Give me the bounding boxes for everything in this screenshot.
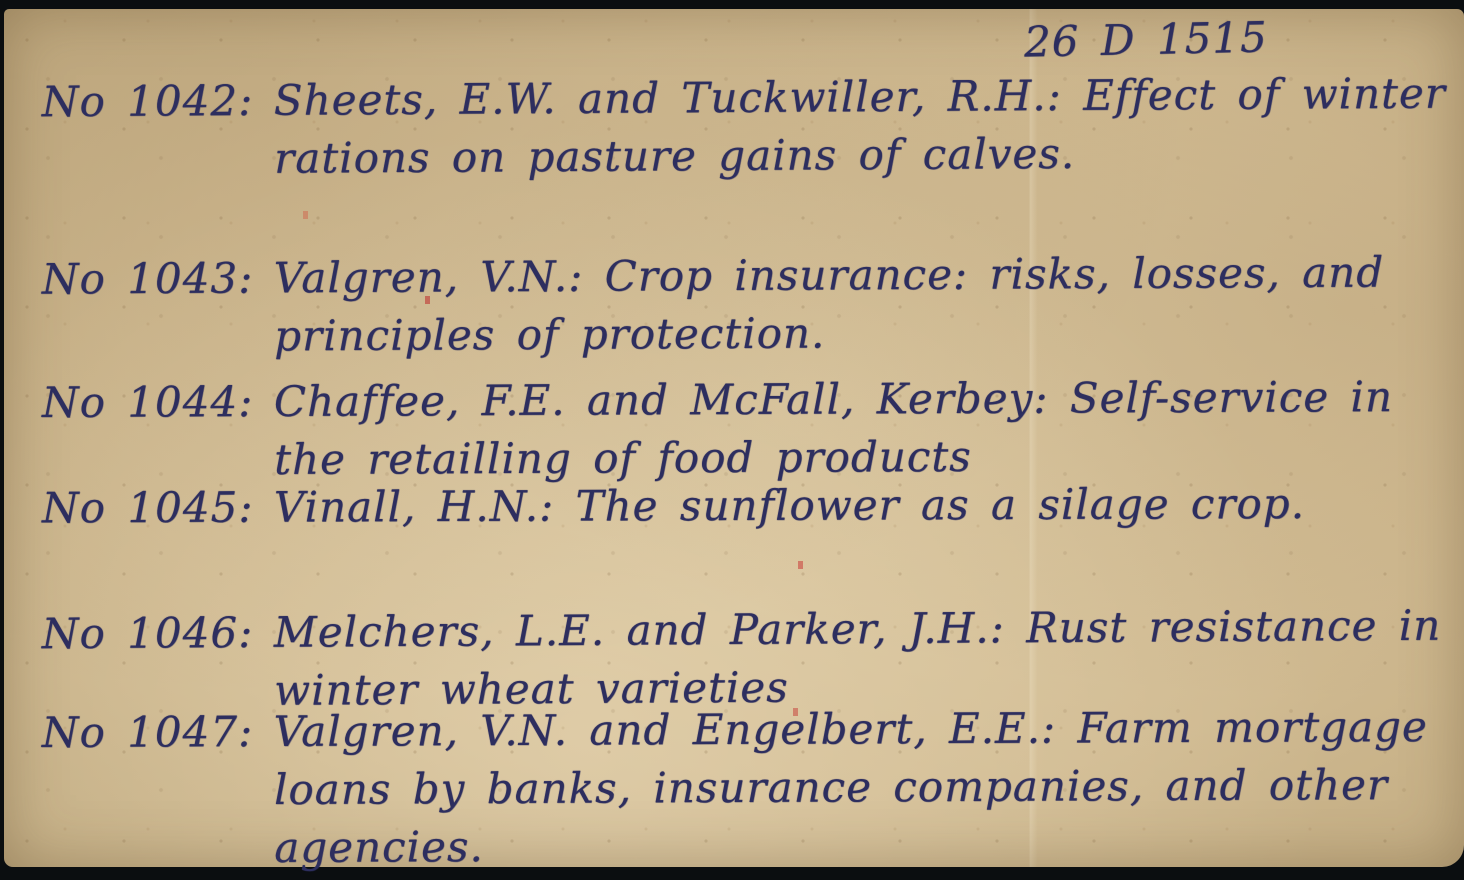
card-date-code: 26 D 1515: [1024, 12, 1269, 66]
entry-text: Sheets, E.W. and Tuckwiller, R.H.: Effec…: [274, 65, 1464, 188]
entry-text: Vinall, H.N.: The sunflower as a silage …: [274, 474, 1464, 536]
entry-number: No 1044:: [4, 373, 274, 432]
entry-number: No 1042:: [4, 72, 274, 132]
entry-number: No 1046:: [4, 604, 274, 664]
entry-number: No 1045:: [4, 479, 274, 538]
entry-number: No 1047:: [4, 703, 274, 762]
entry-text: Valgren, V.N.: Crop insurance: risks, lo…: [274, 243, 1464, 365]
entry-text: Valgren, V.N. and Engelbert, E.E.: Farm …: [274, 698, 1464, 877]
index-card: 26 D 1515 No 1042: Sheets, E.W. and Tuck…: [4, 9, 1464, 867]
entry-row: No 1047: Valgren, V.N. and Engelbert, E.…: [4, 698, 1464, 878]
entry-number: No 1043:: [4, 249, 274, 308]
entry-text: Chaffee, F.E. and McFall, Kerbey: Self-s…: [274, 368, 1464, 489]
entry-row: No 1043: Valgren, V.N.: Crop insurance: …: [4, 243, 1464, 367]
entry-row: No 1045: Vinall, H.N.: The sunflower as …: [4, 474, 1464, 537]
entry-row: No 1042: Sheets, E.W. and Tuckwiller, R.…: [4, 65, 1464, 190]
entry-row: No 1044: Chaffee, F.E. and McFall, Kerbe…: [4, 368, 1464, 490]
